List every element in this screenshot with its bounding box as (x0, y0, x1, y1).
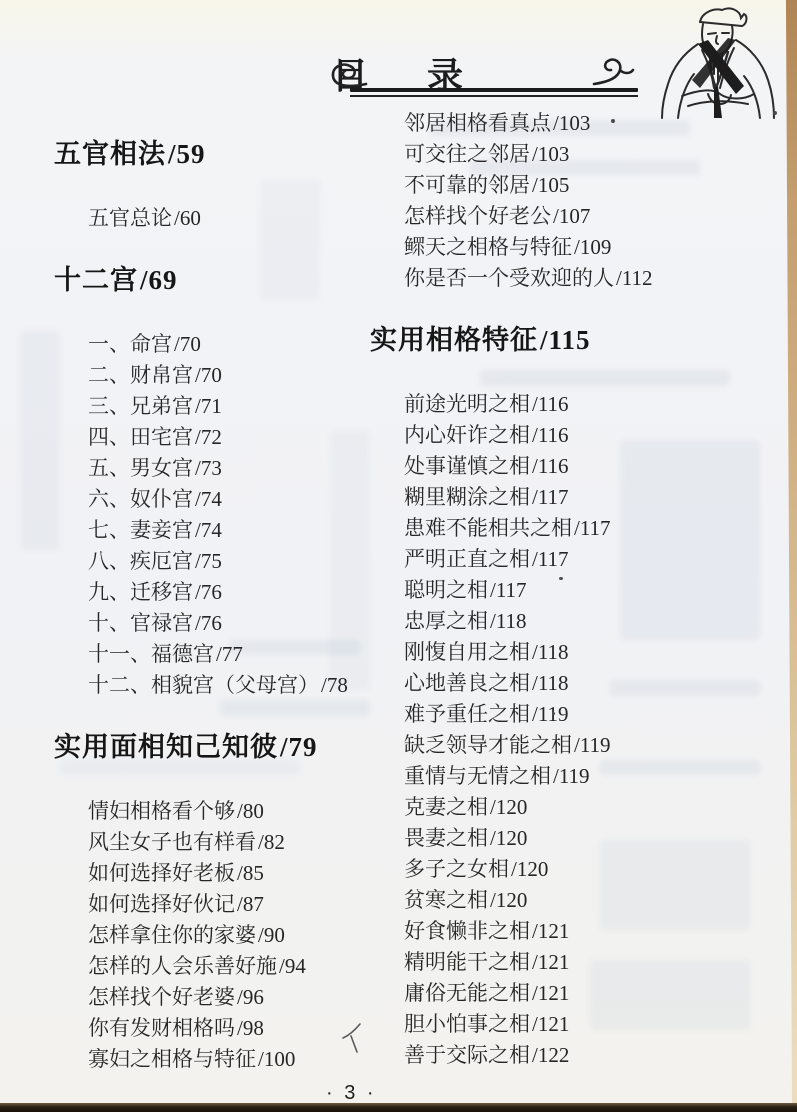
toc-entry: 糊里糊涂之相 /117 (404, 482, 739, 513)
dust-speck (773, 111, 777, 115)
toc-entry-title: 邻居相格看真点 (404, 108, 551, 139)
toc-entry-page: /120 (490, 792, 527, 823)
toc-entry-title: 寡妇之相格与特征 (88, 1044, 256, 1075)
toc-entry-title: 十、官禄宫 (88, 608, 193, 639)
toc-entry-title: 胆小怕事之相 (404, 1009, 530, 1040)
toc-entry-page: /117 (490, 575, 527, 606)
toc-entry: 十、官禄宫 /76 (88, 608, 393, 639)
toc-entry: 鳏天之相格与特征 /109 (404, 232, 739, 263)
toc-entry-title: 好食懒非之相 (404, 916, 530, 947)
toc-entry: 怎样找个好老公 /107 (404, 201, 739, 232)
toc-entry-page: /119 (574, 730, 611, 761)
toc-entry-title: 内心奸诈之相 (404, 420, 530, 451)
toc-section-heading: 实用相格特征 /115 (370, 324, 739, 357)
toc-entry-page: /69 (140, 264, 178, 297)
toc-entry: 十一、福德宫 /77 (88, 639, 393, 670)
toc-entry-page: /71 (195, 391, 222, 422)
toc-entry: 如何选择好伙记 /87 (88, 889, 393, 920)
toc-entry-title: 精明能干之相 (404, 947, 530, 978)
toc-entry-title: 多子之女相 (404, 854, 509, 885)
toc-entry: 怎样拿住你的家婆 /90 (88, 920, 393, 951)
toc-entry-title: 实用面相知己知彼 (54, 731, 278, 764)
toc-entry-page: /103 (532, 139, 569, 170)
toc-entry-page: /121 (532, 1009, 569, 1040)
toc-entry-title: 贫寒之相 (404, 885, 488, 916)
toc-entry: 胆小怕事之相 /121 (404, 1009, 739, 1040)
toc-entry-title: 聪明之相 (404, 575, 488, 606)
toc-entry-page: /107 (553, 201, 590, 232)
toc-entry-title: 五、男女宫 (88, 453, 193, 484)
toc-entry: 情妇相格看个够 /80 (88, 796, 393, 827)
toc-entry-page: /115 (540, 324, 591, 357)
toc-entry-page: /118 (532, 668, 569, 699)
toc-entry-page: /122 (532, 1040, 569, 1071)
toc-entry-page: /72 (195, 422, 222, 453)
scan-bottom-band (0, 1103, 797, 1112)
toc-entry-title: 二、财帛宫 (88, 360, 193, 391)
toc-entry-page: /119 (553, 761, 590, 792)
toc-entry: 五、男女宫 /73 (88, 453, 393, 484)
toc-entry-page: /74 (195, 484, 222, 515)
toc-entry: 风尘女子也有样看 /82 (88, 827, 393, 858)
toc-entry: 难予重任之相 /119 (404, 699, 739, 730)
toc-entry-page: /75 (195, 546, 222, 577)
toc-entry-page: /116 (532, 420, 569, 451)
toc-entry-title: 三、兄弟宫 (88, 391, 193, 422)
toc-entry-page: /119 (532, 699, 569, 730)
sage-illustration (648, 0, 788, 120)
dust-speck (559, 577, 563, 580)
toc-entry-page: /116 (532, 389, 569, 420)
pen-mark-artifact (338, 1022, 366, 1056)
toc-entry-page: /79 (280, 731, 318, 764)
toc-entry: 前途光明之相 /116 (404, 389, 739, 420)
toc-entry-title: 克妻之相 (404, 792, 488, 823)
toc-column-right: 邻居相格看真点 /103可交往之邻居 /103不可靠的邻居 /105怎样找个好老… (404, 108, 739, 1071)
toc-entry: 邻居相格看真点 /103 (404, 108, 739, 139)
toc-section-heading: 实用面相知己知彼 /79 (54, 731, 393, 764)
toc-entry-title: 可交往之邻居 (404, 139, 530, 170)
toc-entry-page: /96 (237, 982, 264, 1013)
dust-speck (611, 119, 615, 123)
toc-entry-page: /118 (490, 606, 527, 637)
header-rule-thick (350, 88, 638, 92)
toc-entry-page: /116 (532, 451, 569, 482)
toc-entry: 精明能干之相 /121 (404, 947, 739, 978)
toc-entry-title: 刚愎自用之相 (404, 637, 530, 668)
toc-entry: 四、田宅宫 /72 (88, 422, 393, 453)
toc-entry-page: /120 (511, 854, 548, 885)
toc-entry-title: 八、疾厄宫 (88, 546, 193, 577)
toc-entry-page: /76 (195, 577, 222, 608)
toc-entry: 重情与无情之相 /119 (404, 761, 739, 792)
toc-entry: 多子之女相 /120 (404, 854, 739, 885)
toc-entry: 好食懒非之相 /121 (404, 916, 739, 947)
toc-entry-page: /103 (553, 108, 590, 139)
scanned-book-page: 目 录 (0, 0, 797, 1112)
toc-section-heading: 十二宫 /69 (54, 264, 393, 297)
toc-entry: 内心奸诈之相 /116 (404, 420, 739, 451)
toc-entry-title: 怎样找个好老公 (404, 201, 551, 232)
book-edge-strip (784, 0, 797, 1112)
toc-entry-page: /120 (490, 885, 527, 916)
toc-entry-title: 如何选择好老板 (88, 858, 235, 889)
toc-entry-page: /70 (174, 329, 201, 360)
toc-entry: 严明正直之相 /117 (404, 544, 739, 575)
toc-entry-page: /87 (237, 889, 264, 920)
toc-entry-page: /98 (237, 1013, 264, 1044)
toc-entry-title: 你有发财相格吗 (88, 1013, 235, 1044)
toc-entry-page: /121 (532, 947, 569, 978)
toc-entry-page: /90 (258, 920, 285, 951)
toc-entry-title: 九、迁移宫 (88, 577, 193, 608)
toc-entry-title: 庸俗无能之相 (404, 978, 530, 1009)
toc-entry-title: 严明正直之相 (404, 544, 530, 575)
toc-entry-title: 怎样拿住你的家婆 (88, 920, 256, 951)
toc-entry-title: 怎样的人会乐善好施 (88, 951, 277, 982)
toc-entry-page: /59 (168, 138, 206, 171)
toc-entry: 怎样找个好老婆 /96 (88, 982, 393, 1013)
toc-entry: 七、妻妾宫 /74 (88, 515, 393, 546)
toc-entry: 庸俗无能之相 /121 (404, 978, 739, 1009)
toc-entry-title: 患难不能相共之相 (404, 513, 572, 544)
bleedthrough-noise (20, 330, 60, 550)
toc-entry-page: /82 (258, 827, 285, 858)
toc-entry: 九、迁移宫 /76 (88, 577, 393, 608)
toc-entry-title: 不可靠的邻居 (404, 170, 530, 201)
toc-entry-page: /73 (195, 453, 222, 484)
toc-entry-title: 十二宫 (54, 264, 138, 297)
toc-entry-title: 善于交际之相 (404, 1040, 530, 1071)
toc-entry: 五官总论 /60 (88, 203, 393, 234)
toc-entry-title: 鳏天之相格与特征 (404, 232, 572, 263)
toc-entry: 三、兄弟宫 /71 (88, 391, 393, 422)
toc-entry-title: 难予重任之相 (404, 699, 530, 730)
toc-entry: 心地善良之相 /118 (404, 668, 739, 699)
toc-entry: 如何选择好老板 /85 (88, 858, 393, 889)
toc-entry-page: /80 (237, 796, 264, 827)
toc-entry: 十二、相貌宫（父母宫） /78 (88, 670, 393, 701)
toc-entry-page: /121 (532, 978, 569, 1009)
toc-entry-title: 忠厚之相 (404, 606, 488, 637)
toc-entry-page: /112 (616, 263, 653, 294)
toc-entry: 善于交际之相 /122 (404, 1040, 739, 1071)
toc-entry-page: /109 (574, 232, 611, 263)
toc-entry-page: /120 (490, 823, 527, 854)
toc-entry: 六、奴仆宫 /74 (88, 484, 393, 515)
toc-entry-title: 风尘女子也有样看 (88, 827, 256, 858)
toc-entry-page: /77 (216, 639, 243, 670)
toc-entry: 患难不能相共之相 /117 (404, 513, 739, 544)
toc-entry-page: /117 (532, 544, 569, 575)
toc-entry: 处事谨慎之相 /116 (404, 451, 739, 482)
toc-entry-page: /60 (174, 203, 201, 234)
toc-entry-title: 七、妻妾宫 (88, 515, 193, 546)
toc-entry-page: /70 (195, 360, 222, 391)
toc-entry: 怎样的人会乐善好施 /94 (88, 951, 393, 982)
toc-entry: 二、财帛宫 /70 (88, 360, 393, 391)
toc-entry: 忠厚之相 /118 (404, 606, 739, 637)
toc-entry: 可交往之邻居 /103 (404, 139, 739, 170)
toc-entry-title: 心地善良之相 (404, 668, 530, 699)
dust-speck (552, 712, 555, 715)
toc-entry-title: 情妇相格看个够 (88, 796, 235, 827)
toc-entry-page: /118 (532, 637, 569, 668)
toc-entry-title: 十二、相貌宫（父母宫） (88, 670, 319, 701)
toc-entry-page: /94 (279, 951, 306, 982)
toc-entry-title: 四、田宅宫 (88, 422, 193, 453)
toc-entry: 畏妻之相 /120 (404, 823, 739, 854)
toc-entry-page: /100 (258, 1044, 295, 1075)
toc-section-heading: 五官相法 /59 (54, 138, 393, 171)
cloud-flourish-right-icon (590, 50, 636, 90)
toc-entry: 你是否一个受欢迎的人 /112 (404, 263, 739, 294)
toc-entry-title: 一、命宫 (88, 329, 172, 360)
page-number: · 3 · (326, 1082, 377, 1105)
toc-entry-title: 六、奴仆宫 (88, 484, 193, 515)
toc-entry-title: 实用相格特征 (370, 324, 538, 357)
toc-entry-page: /117 (574, 513, 611, 544)
toc-entry-page: /76 (195, 608, 222, 639)
toc-entry-page: /105 (532, 170, 569, 201)
toc-entry: 聪明之相 /117 (404, 575, 739, 606)
toc-entry: 刚愎自用之相 /118 (404, 637, 739, 668)
toc-entry-title: 畏妻之相 (404, 823, 488, 854)
toc-entry-title: 前途光明之相 (404, 389, 530, 420)
toc-entry: 八、疾厄宫 /75 (88, 546, 393, 577)
toc-entry-page: /74 (195, 515, 222, 546)
toc-entry: 一、命宫 /70 (88, 329, 393, 360)
toc-entry-title: 糊里糊涂之相 (404, 482, 530, 513)
header-rule-thin (350, 95, 638, 97)
toc-entry-title: 十一、福德宫 (88, 639, 214, 670)
toc-entry-page: /85 (237, 858, 264, 889)
toc-entry: 不可靠的邻居 /105 (404, 170, 739, 201)
toc-entry: 贫寒之相 /120 (404, 885, 739, 916)
toc-entry-page: /78 (321, 670, 348, 701)
toc-entry-title: 五官相法 (54, 138, 166, 171)
toc-entry-title: 如何选择好伙记 (88, 889, 235, 920)
toc-entry: 克妻之相 /120 (404, 792, 739, 823)
toc-entry-title: 缺乏领导才能之相 (404, 730, 572, 761)
toc-entry-title: 怎样找个好老婆 (88, 982, 235, 1013)
toc-entry-title: 重情与无情之相 (404, 761, 551, 792)
toc-entry: 缺乏领导才能之相 /119 (404, 730, 739, 761)
toc-entry-page: /117 (532, 482, 569, 513)
toc-column-left: 五官相法 /59五官总论 /60十二宫 /69一、命宫 /70二、财帛宫 /70… (88, 138, 393, 1075)
toc-entry-title: 五官总论 (88, 203, 172, 234)
toc-entry-page: /121 (532, 916, 569, 947)
toc-entry-title: 处事谨慎之相 (404, 451, 530, 482)
toc-entry-title: 你是否一个受欢迎的人 (404, 263, 614, 294)
